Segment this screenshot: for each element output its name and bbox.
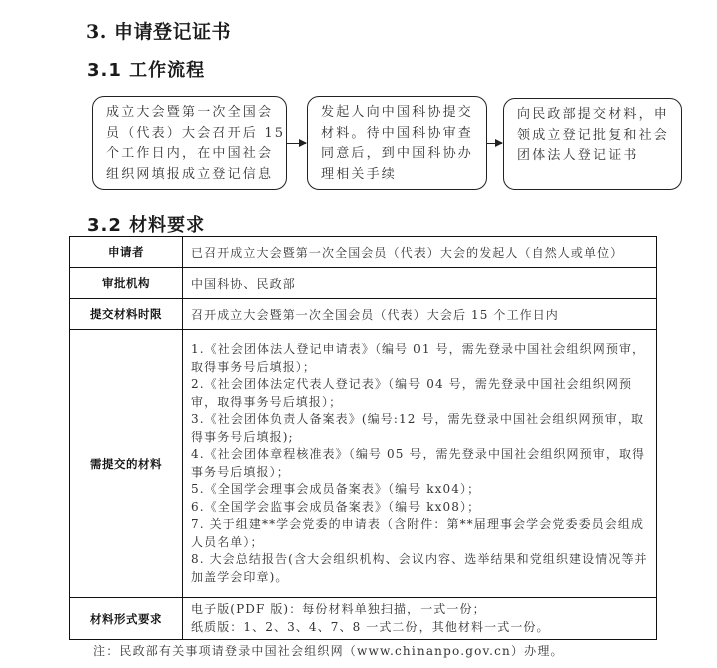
row-value: 召开成立大会暨第一次全国会员（代表）大会后 15 个工作日内 bbox=[183, 299, 657, 330]
list-item: 7. 关于组建**学会党委的申请表（含附件：第**届理事会学会党委委员会组成人员… bbox=[191, 516, 648, 551]
row-label: 提交材料时限 bbox=[70, 299, 183, 330]
list-item: 6.《全国学会监事会成员备案表》（编号 kx08）； bbox=[191, 499, 648, 517]
workflow-step-3: 向民政部提交材料，申领成立登记批复和社会团体法人登记证书 bbox=[503, 98, 682, 190]
table-row: 申请者 已召开成立大会暨第一次全国会员（代表）大会的发起人（自然人或单位） bbox=[70, 237, 657, 268]
arrow-right-icon bbox=[287, 143, 306, 144]
list-item: 3.《社会团体负责人备案表》(编号:12 号，需先登录中国社会组织网预审，取得事… bbox=[191, 411, 648, 446]
section-title: 3. 申请登记证书 bbox=[86, 17, 231, 44]
subsection-title-materials: 3.2 材料要求 bbox=[87, 211, 205, 237]
list-item: 2.《社会团体法定代表人登记表》（编号 04 号，需先登录中国社会组织网预审，取… bbox=[191, 376, 648, 411]
list-item: 纸质版：1、2、3、4、7、8 一式二份，其他材料一式一份。 bbox=[191, 619, 648, 637]
list-item: 1.《社会团体法人登记申请表》（编号 01 号，需先登录中国社会组织网预审，取得… bbox=[191, 341, 648, 376]
row-value: 已召开成立大会暨第一次全国会员（代表）大会的发起人（自然人或单位） bbox=[183, 237, 657, 268]
list-item: 电子版(PDF 版)：每份材料单独扫描，一式一份； bbox=[191, 601, 648, 619]
list-item: 8. 大会总结报告(含大会组织机构、会议内容、选举结果和党组织建设情况等并加盖学… bbox=[191, 551, 648, 586]
footnote: 注：民政部有关事项请登录中国社会组织网（www.chinanpo.gov.cn）… bbox=[93, 642, 564, 659]
row-value: 中国科协、民政部 bbox=[183, 268, 657, 299]
row-label: 材料形式要求 bbox=[70, 598, 183, 640]
table-row: 审批机构 中国科协、民政部 bbox=[70, 268, 657, 299]
table-row: 提交材料时限 召开成立大会暨第一次全国会员（代表）大会后 15 个工作日内 bbox=[70, 299, 657, 330]
list-item: 5.《全国学会理事会成员备案表》（编号 kx04）； bbox=[191, 481, 648, 499]
subsection-title-workflow: 3.1 工作流程 bbox=[87, 56, 205, 82]
row-label: 申请者 bbox=[70, 237, 183, 268]
arrow-right-icon bbox=[487, 143, 502, 144]
row-label: 审批机构 bbox=[70, 268, 183, 299]
table-row: 材料形式要求 电子版(PDF 版)：每份材料单独扫描，一式一份； 纸质版：1、2… bbox=[70, 598, 657, 640]
table-row: 需提交的材料 1.《社会团体法人登记申请表》（编号 01 号，需先登录中国社会组… bbox=[70, 330, 657, 598]
materials-requirements-table: 申请者 已召开成立大会暨第一次全国会员（代表）大会的发起人（自然人或单位） 审批… bbox=[69, 236, 657, 640]
list-item: 4.《社会团体章程核准表》（编号 05 号，需先登录中国社会组织网预审，取得事务… bbox=[191, 446, 648, 481]
format-requirements: 电子版(PDF 版)：每份材料单独扫描，一式一份； 纸质版：1、2、3、4、7、… bbox=[183, 598, 657, 640]
workflow-step-2: 发起人向中国科协提交材料。待中国科协审查同意后，到中国科协办理相关手续 bbox=[307, 96, 487, 190]
materials-list: 1.《社会团体法人登记申请表》（编号 01 号，需先登录中国社会组织网预审，取得… bbox=[183, 330, 657, 598]
row-label: 需提交的材料 bbox=[70, 330, 183, 598]
workflow-step-1: 成立大会暨第一次全国会员（代表）大会召开后 15 个工作日内，在中国社会组织网填… bbox=[92, 96, 287, 190]
